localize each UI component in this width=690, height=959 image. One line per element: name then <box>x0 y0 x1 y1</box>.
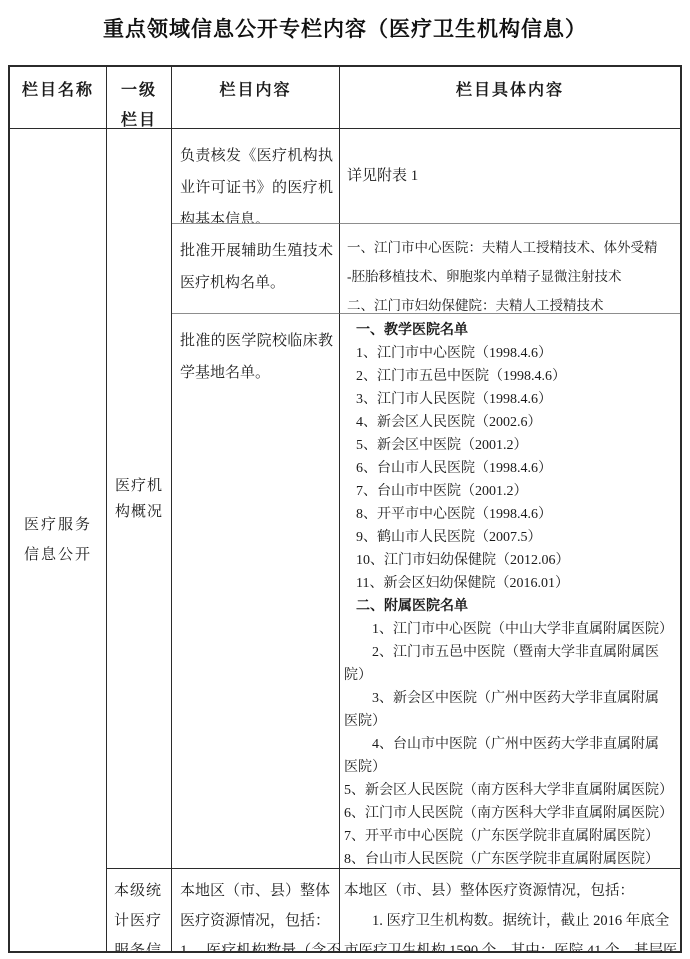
cell-level1-group2: 本级统 计医疗 服务信 <box>107 869 172 951</box>
cell-row3-content: 批准的医学院校临床教学基地名单。 <box>172 314 340 869</box>
section-name-line2: 信息公开 <box>24 540 92 570</box>
text-line: 本地区（市、县）整体 <box>180 876 335 906</box>
section-name-line1: 医疗服务 <box>24 510 92 540</box>
info-disclosure-table: 栏目名称 一级 栏目 栏目内容 栏目具体内容 医疗服务 信息公开 医疗机 构概况… <box>8 65 682 953</box>
list-item: 9、鹤山市人民医院（2007.5） <box>356 526 680 549</box>
group1-line2: 构概况 <box>115 499 163 525</box>
list-item: 10、江门市妇幼保健院（2012.06） <box>356 549 680 572</box>
header-column-name-label: 栏目名称 <box>10 76 106 106</box>
list-item: 8、开平市中心医院（1998.4.6） <box>356 503 680 526</box>
cell-row2-content: 批准开展辅助生殖技术医疗机构名单。 <box>172 224 340 314</box>
document-title: 重点领域信息公开专栏内容（医疗卫生机构信息） <box>0 13 690 43</box>
cell-row4-detail: 本地区（市、县）整体医疗资源情况，包括： 1. 医疗卫生机构数。据统计，截止 2… <box>340 869 680 951</box>
document-page: 重点领域信息公开专栏内容（医疗卫生机构信息） 栏目名称 一级 栏目 栏目内容 栏… <box>0 0 690 959</box>
cell-level1-group1: 医疗机 构概况 <box>107 129 172 869</box>
text-line: 一、江门市中心医院：夫精人工授精技术、体外受精 <box>347 233 680 262</box>
list-item: 7、台山市中医院（2001.2） <box>356 480 680 503</box>
list-item: 1、江门市中心医院（中山大学非直属附属医院） <box>372 618 680 641</box>
text-line: 二、江门市妇幼保健院：夫精人工授精技术 <box>347 291 680 314</box>
list-item: 5、新会区中医院（2001.2） <box>356 434 680 457</box>
text-line: 医疗资源情况，包括： <box>180 906 335 936</box>
row1-detail-text: 详见附表 1 <box>347 165 418 188</box>
list-item: 3、新会区中医院（广州中医药大学非直属附属 <box>372 687 680 710</box>
list-item: 4、新会区人民医院（2002.6） <box>356 411 680 434</box>
list-item: 6、江门市人民医院（南方医科大学非直属附属医院） <box>344 802 680 825</box>
list-item: 2、江门市五邑中医院（暨南大学非直属附属医 <box>372 641 680 664</box>
group2-line: 计医疗 <box>114 906 171 936</box>
header-level1-column: 一级 栏目 <box>107 67 172 129</box>
text-line: -胚胎移植技术、卵胞浆内单精子显微注射技术 <box>347 262 680 291</box>
header-column-content-label: 栏目内容 <box>172 76 339 106</box>
header-level1-line2: 栏目 <box>107 106 171 129</box>
list-item: 7、开平市中心医院（广东医学院非直属附属医院） <box>344 825 680 848</box>
header-column-content: 栏目内容 <box>172 67 340 129</box>
list-item-wrap: 医院） <box>344 756 680 779</box>
cell-section-name: 医疗服务 信息公开 <box>10 129 107 951</box>
list-item: 3、江门市人民医院（1998.4.6） <box>356 388 680 411</box>
cell-row3-detail: 一、教学医院名单 1、江门市中心医院（1998.4.6） 2、江门市五邑中医院（… <box>340 314 680 869</box>
text-line: 市医疗卫生机构 1590 个，其中：医院 41 个、基层医 <box>344 936 680 951</box>
text-line: 1. 医疗机构数量（含不 <box>180 936 335 951</box>
group2-line: 服务信 <box>114 936 171 951</box>
header-level1-line1: 一级 <box>107 76 171 106</box>
header-column-detail-label: 栏目具体内容 <box>340 76 680 106</box>
cell-row1-detail: 详见附表 1 <box>340 129 680 224</box>
header-column-name: 栏目名称 <box>10 67 107 129</box>
teaching-hospital-list-heading: 一、教学医院名单 <box>356 319 680 342</box>
list-item-wrap: 医院） <box>344 710 680 733</box>
affiliated-hospital-list-heading: 二、附属医院名单 <box>356 595 680 618</box>
cell-row1-content: 负责核发《医疗机构执业许可证书》的医疗机构基本信息。 <box>172 129 340 224</box>
list-item: 5、新会区人民医院（南方医科大学非直属附属医院） <box>344 779 680 802</box>
text-line: 本地区（市、县）整体医疗资源情况，包括： <box>344 876 680 906</box>
text-line: 1. 医疗卫生机构数。据统计，截止 2016 年底全 <box>372 906 680 936</box>
group2-line: 本级统 <box>114 876 171 906</box>
list-item: 4、台山市中医院（广州中医药大学非直属附属 <box>372 733 680 756</box>
list-item: 2、江门市五邑中医院（1998.4.6） <box>356 365 680 388</box>
list-item-wrap: 院） <box>344 664 680 687</box>
list-item: 6、台山市人民医院（1998.4.6） <box>356 457 680 480</box>
list-item: 11、新会区妇幼保健院（2016.01） <box>356 572 680 595</box>
cell-row2-detail: 一、江门市中心医院：夫精人工授精技术、体外受精 -胚胎移植技术、卵胞浆内单精子显… <box>340 224 680 314</box>
group1-line1: 医疗机 <box>115 473 163 499</box>
cell-row4-content: 本地区（市、县）整体 医疗资源情况，包括： 1. 医疗机构数量（含不 <box>172 869 340 951</box>
list-item: 1、江门市中心医院（1998.4.6） <box>356 342 680 365</box>
list-item: 8、台山市人民医院（广东医学院非直属附属医院） <box>344 848 680 869</box>
header-column-detail: 栏目具体内容 <box>340 67 680 129</box>
